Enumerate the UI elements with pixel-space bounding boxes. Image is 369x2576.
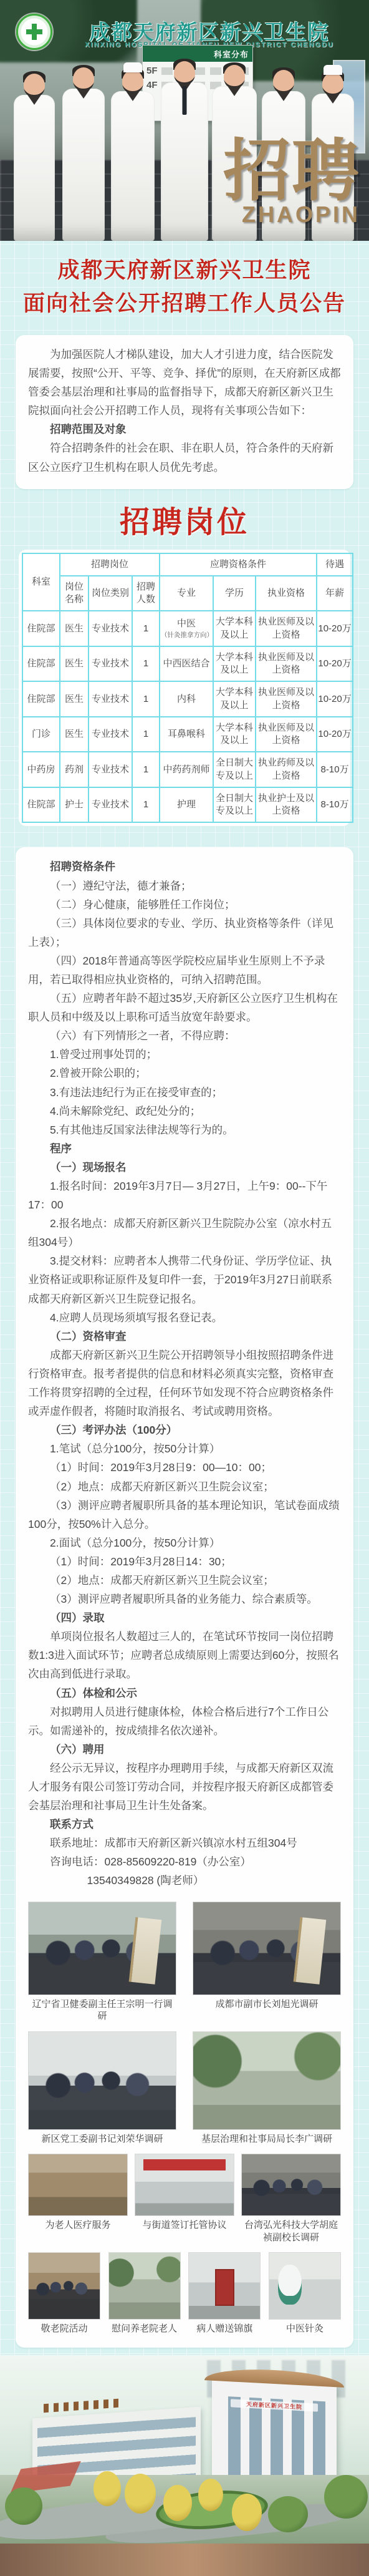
roof-pergola bbox=[44, 2398, 118, 2412]
photo-cell: 基层治理和社事局局长李广调研 bbox=[193, 2031, 341, 2146]
photo-cell: 慰问养老院老人 bbox=[108, 2252, 181, 2335]
table-row: 住院部 医生 专业技术 1 中医（针灸推拿方向） 大学本科及以上 执业医师及以上… bbox=[22, 611, 353, 646]
procedure-text: 成都天府新区新兴卫生院公开招聘领导小组按照招聘条件进行资格审查。报考者提供的信息… bbox=[28, 1346, 341, 1421]
header-category: 岗位类别 bbox=[89, 576, 132, 611]
table-header-row: 科室 招聘岗位 应聘资格条件 待遇 bbox=[22, 553, 353, 576]
photo-cell: 为老人医疗服务 bbox=[28, 2154, 128, 2243]
cell-name: 医生 bbox=[60, 681, 89, 717]
header-major: 专业 bbox=[160, 576, 213, 611]
cell-dept: 中药房 bbox=[22, 752, 60, 787]
qualification-item: 5.有其他违反国家法律法规等行为的。 bbox=[28, 1120, 341, 1139]
cell-cert: 执业药师及以上资格 bbox=[256, 752, 317, 787]
cell-education: 全日制大专及以上 bbox=[213, 752, 256, 787]
cell-major: 中医（针灸推拿方向） bbox=[160, 611, 213, 646]
cell-category: 专业技术 bbox=[89, 717, 132, 752]
procedure-text: 经公示无异议，按程序办理聘用手续，与成都天府新区双流人才服务有限公司签订劳动合同… bbox=[28, 1759, 341, 1815]
table-row: 门诊 医生 专业技术 1 耳鼻喉科 大学本科及以上 执业医师及以上资格 10-2… bbox=[22, 717, 353, 752]
procedure-item: 3.提交材料：应聘者本人携带二代身份证、学历学位证、执业资格证或职称证原件及复印… bbox=[28, 1252, 341, 1308]
procedure-item: 4.应聘人员现场须填写报名登记表。 bbox=[28, 1308, 341, 1327]
procedure-s6-heading: （六）聘用 bbox=[28, 1740, 341, 1759]
body-card: 招聘资格条件 （一）遵纪守法，德才兼备； （二）身心健康，能够胜任工作岗位； （… bbox=[16, 847, 353, 2347]
announcement-title-line2: 面向社会公开招聘工作人员公告 bbox=[0, 288, 369, 321]
tree bbox=[125, 2474, 156, 2514]
procedure-text: 单项岗位报名人数超过三人的，在笔试环节按同一岗位招聘数1:3进入面试环节；应聘者… bbox=[28, 1627, 341, 1683]
qualification-item: （五）应聘者年龄不超过35岁,天府新区公立医疗卫生机构在职人员和中级及以上职称可… bbox=[28, 989, 341, 1026]
photo-cell: 台湾弘光科技大学胡庭祯副校长调研 bbox=[241, 2154, 341, 2243]
photo-caption: 台湾弘光科技大学胡庭祯副校长调研 bbox=[241, 2216, 341, 2243]
cell-count: 1 bbox=[132, 787, 160, 823]
photo-liaoning-visit bbox=[28, 1902, 176, 1995]
cell-count: 1 bbox=[132, 752, 160, 787]
recruit-stamp-cn: 招聘 bbox=[223, 137, 360, 205]
recruit-stamp-en: ZHAOPIN bbox=[223, 205, 360, 225]
medical-cross-icon bbox=[26, 24, 42, 40]
qualification-item: （四）2018年普通高等医学院校应届毕业生原则上不予录用，若已取得相应执业资格的… bbox=[28, 951, 341, 989]
positions-table: 科室 招聘岗位 应聘资格条件 待遇 岗位名称 岗位类别 招聘人数 专业 学历 执… bbox=[22, 553, 353, 824]
cell-salary: 8-10万 bbox=[317, 752, 353, 787]
header-salary: 年薪 bbox=[317, 576, 353, 611]
department-board-title: 科室分布 bbox=[214, 48, 249, 60]
photo-cell: 成都市副市长刘旭光调研 bbox=[193, 1902, 341, 2023]
cell-name: 医生 bbox=[60, 611, 89, 646]
header-dept: 科室 bbox=[22, 553, 60, 611]
cell-major: 耳鼻喉科 bbox=[160, 717, 213, 752]
cell-cert: 执业医师及以上资格 bbox=[256, 646, 317, 682]
procedure-item: 1.笔试（总分100分，按50分计算） bbox=[28, 1439, 341, 1458]
contact-phone-mobile: 13540349828 (陶老师） bbox=[28, 1871, 341, 1890]
photo-taiwan-university-visit bbox=[241, 2154, 341, 2216]
photo-caption: 辽宁省卫健委副主任王宗明一行调研 bbox=[28, 1995, 176, 2023]
photo-cell: 新区党工委副书记刘荣华调研 bbox=[28, 2031, 176, 2146]
cell-salary: 10-20万 bbox=[317, 646, 353, 682]
tree bbox=[324, 2475, 368, 2519]
photo-caption: 为老人医疗服务 bbox=[28, 2216, 128, 2232]
procedure-item: 2.面试（总分100分，按50分计算） bbox=[28, 1533, 341, 1552]
cell-salary: 8-10万 bbox=[317, 787, 353, 823]
procedure-s5-heading: （五）体检和公示 bbox=[28, 1684, 341, 1703]
header-name: 岗位名称 bbox=[60, 576, 89, 611]
cell-name: 护士 bbox=[60, 787, 89, 823]
cell-cert: 执业医师及以上资格 bbox=[256, 681, 317, 717]
photo-cell: 病人赠送锦旗 bbox=[188, 2252, 261, 2335]
cell-education: 大学本科及以上 bbox=[213, 717, 256, 752]
cell-category: 专业技术 bbox=[89, 646, 132, 682]
tree bbox=[163, 2485, 192, 2521]
photo-cell: 敬老院活动 bbox=[28, 2252, 100, 2335]
procedure-item: （3）测评应聘者履职所具备的业务能力、综合素质等。 bbox=[28, 1590, 341, 1608]
cell-cert: 执业护士及以上资格 bbox=[256, 787, 317, 823]
scope-text: 符合招聘条件的社会在职、非在职人员，符合条件的天府新区公立医疗卫生机构在职人员优… bbox=[28, 439, 341, 476]
table-row: 住院部 护士 专业技术 1 护理 全日制大专及以上 执业护士及以上资格 8-10… bbox=[22, 787, 353, 823]
intro-card: 为加强医院人才梯队建设，加大人才引进力度，结合医院发展需要，按照“公开、平等、竞… bbox=[16, 335, 353, 489]
qualification-item: （二）身心健康，能够胜任工作岗位； bbox=[28, 895, 341, 914]
staff-figure-nurse bbox=[111, 70, 155, 241]
contact-phone-office: 咨询电话：028-85609220-819（办公室） bbox=[28, 1852, 341, 1871]
photo-cell: 与街道签订托管协议 bbox=[135, 2154, 234, 2243]
procedure-item: （3）测评应聘者履职所具备的基本理论知识，笔试卷面成绩100分，按50%计入总分… bbox=[28, 1496, 341, 1533]
cell-major: 中西医结合 bbox=[160, 646, 213, 682]
cell-count: 1 bbox=[132, 681, 160, 717]
cell-salary: 10-20万 bbox=[317, 717, 353, 752]
photo-cell: 辽宁省卫健委副主任王宗明一行调研 bbox=[28, 1902, 176, 2023]
photo-caption: 病人赠送锦旗 bbox=[188, 2320, 261, 2335]
procedure-s1-heading: （一）现场报名 bbox=[28, 1158, 341, 1177]
cell-name: 药剂 bbox=[60, 752, 89, 787]
staff-figure bbox=[62, 67, 105, 241]
footer-band bbox=[0, 2544, 369, 2576]
cell-major: 护理 bbox=[160, 787, 213, 823]
photo-caption: 新区党工委副书记刘荣华调研 bbox=[28, 2130, 176, 2146]
cell-dept: 住院部 bbox=[22, 787, 60, 823]
cell-major: 内科 bbox=[160, 681, 213, 717]
table-row: 住院部 医生 专业技术 1 内科 大学本科及以上 执业医师及以上资格 10-20… bbox=[22, 681, 353, 717]
cell-count: 1 bbox=[132, 646, 160, 682]
cell-education: 大学本科及以上 bbox=[213, 646, 256, 682]
recruit-stamp: 招聘 ZHAOPIN bbox=[223, 137, 360, 225]
staff-figure bbox=[161, 61, 208, 241]
positions-section-title: 招聘岗位 bbox=[0, 489, 369, 547]
announcement-title: 成都天府新区新兴卫生院 面向社会公开招聘工作人员公告 bbox=[0, 241, 369, 331]
header-education: 学历 bbox=[213, 576, 256, 611]
recruitment-poster: 成都天府新区新兴卫生院 XINXING HOSPITAL OF TIANFU N… bbox=[0, 0, 369, 2576]
photo-party-secretary-visit bbox=[28, 2031, 176, 2130]
procedure-text: 对拟聘用人员进行健康体检，体检合格后进行7个工作日公示。如需递补的，按成绩排名依… bbox=[28, 1703, 341, 1740]
intro-paragraph: 为加强医院人才梯队建设，加大人才引进力度，结合医院发展需要，按照“公开、平等、竞… bbox=[28, 345, 341, 420]
header-cert: 执业资格 bbox=[256, 576, 317, 611]
photo-caption: 基层治理和社事局局长李广调研 bbox=[193, 2130, 341, 2146]
qualification-item: 4.尚未解除党纪、政纪处分的； bbox=[28, 1102, 341, 1120]
cell-education: 全日制大专及以上 bbox=[213, 787, 256, 823]
photo-comfort-elderly bbox=[108, 2252, 181, 2320]
procedure-item: （1）时间：2019年3月28日14：30； bbox=[28, 1552, 341, 1571]
procedure-item: （1）时间：2019年3月28日9：00—10：00； bbox=[28, 1458, 341, 1477]
photo-bureau-director-visit bbox=[193, 2031, 341, 2130]
department-board-header: 科室分布 bbox=[143, 46, 252, 62]
cell-education: 大学本科及以上 bbox=[213, 611, 256, 646]
photo-acupuncture bbox=[269, 2252, 341, 2320]
cell-dept: 门诊 bbox=[22, 717, 60, 752]
cell-count: 1 bbox=[132, 611, 160, 646]
photo-vice-mayor-visit bbox=[193, 1902, 341, 1995]
cell-category: 专业技术 bbox=[89, 787, 132, 823]
photo-agreement-signing bbox=[135, 2154, 234, 2216]
cell-name: 医生 bbox=[60, 717, 89, 752]
qualification-item: 1.曾受过刑事处罚的； bbox=[28, 1045, 341, 1064]
scope-heading: 招聘范围及对象 bbox=[28, 420, 341, 439]
positions-table-card: 科室 招聘岗位 应聘资格条件 待遇 岗位名称 岗位类别 招聘人数 专业 学历 执… bbox=[19, 550, 350, 827]
cell-dept: 住院部 bbox=[22, 681, 60, 717]
procedure-heading: 程序 bbox=[28, 1139, 341, 1158]
cell-dept: 住院部 bbox=[22, 611, 60, 646]
procedure-item: （2）地点：成都天府新区新兴卫生院会议室； bbox=[28, 1477, 341, 1496]
cell-category: 专业技术 bbox=[89, 681, 132, 717]
procedure-s2-heading: （二）资格审查 bbox=[28, 1327, 341, 1346]
cell-dept: 住院部 bbox=[22, 646, 60, 682]
photo-caption: 慰问养老院老人 bbox=[108, 2320, 181, 2335]
hospital-building-render: 天府新区新兴卫生院 bbox=[0, 2355, 369, 2544]
cell-cert: 执业医师及以上资格 bbox=[256, 717, 317, 752]
announcement-title-line1: 成都天府新区新兴卫生院 bbox=[0, 255, 369, 288]
contact-address: 联系地址：成都市天府新区新兴镇凉水村五组304号 bbox=[28, 1834, 341, 1852]
qualification-item: 2.曾被开除公职的； bbox=[28, 1064, 341, 1082]
hospital-logo-icon bbox=[16, 14, 52, 50]
table-row: 中药房 药剂 专业技术 1 中药药剂师 全日制大专及以上 执业药师及以上资格 8… bbox=[22, 752, 353, 787]
cell-major: 中药药剂师 bbox=[160, 752, 213, 787]
header-group-qualification: 应聘资格条件 bbox=[160, 553, 317, 576]
hero-photo: 成都天府新区新兴卫生院 XINXING HOSPITAL OF TIANFU N… bbox=[0, 0, 369, 241]
cell-cert: 执业医师及以上资格 bbox=[256, 611, 317, 646]
cell-name: 医生 bbox=[60, 646, 89, 682]
major-note: （针灸推拿方向） bbox=[161, 631, 212, 639]
photo-nursing-home-activity bbox=[28, 2252, 100, 2320]
tree bbox=[232, 2494, 262, 2531]
qualification-item: （三）具体岗位要求的专业、学历、执业资格等条件（详见上表）； bbox=[28, 914, 341, 951]
tree bbox=[93, 2471, 121, 2506]
photo-caption: 敬老院活动 bbox=[28, 2320, 100, 2335]
procedure-item: （2）地点：成都天府新区新兴卫生院会议室； bbox=[28, 1571, 341, 1590]
qualification-item: （六）有下列情形之一者，不得应聘： bbox=[28, 1026, 341, 1045]
table-row: 住院部 医生 专业技术 1 中西医结合 大学本科及以上 执业医师及以上资格 10… bbox=[22, 646, 353, 682]
header-group-position: 招聘岗位 bbox=[60, 553, 160, 576]
tree bbox=[5, 2487, 42, 2525]
cell-category: 专业技术 bbox=[89, 611, 132, 646]
photo-grid: 辽宁省卫健委副主任王宗明一行调研 成都市副市长刘旭光调研 新区党工委副书记刘荣华… bbox=[28, 1902, 341, 2335]
contact-heading: 联系方式 bbox=[28, 1815, 341, 1834]
cell-education: 大学本科及以上 bbox=[213, 681, 256, 717]
header-count: 招聘人数 bbox=[132, 576, 160, 611]
qualifications-heading: 招聘资格条件 bbox=[28, 857, 341, 876]
procedure-s3-heading: （三）考评办法（100分） bbox=[28, 1421, 341, 1439]
procedure-s4-heading: （四）录取 bbox=[28, 1608, 341, 1627]
photo-cell: 中医针灸 bbox=[269, 2252, 341, 2335]
procedure-item: 2.报名地点：成都天府新区新兴卫生院院办公室（凉水村五组304号） bbox=[28, 1214, 341, 1252]
photo-caption: 与街道签订托管协议 bbox=[135, 2216, 234, 2232]
photo-caption: 成都市副市长刘旭光调研 bbox=[193, 1995, 341, 2011]
staff-figure bbox=[14, 74, 55, 241]
cell-category: 专业技术 bbox=[89, 752, 132, 787]
photo-patient-pennant bbox=[188, 2252, 261, 2320]
photo-elderly-medical-service bbox=[28, 2154, 128, 2216]
procedure-item: 1.报名时间：2019年3月7日— 3月27日，上午9：00--下午17：00 bbox=[28, 1177, 341, 1214]
photo-caption: 中医针灸 bbox=[269, 2320, 341, 2335]
tree bbox=[198, 2479, 223, 2511]
cell-salary: 10-20万 bbox=[317, 681, 353, 717]
cell-count: 1 bbox=[132, 717, 160, 752]
tree bbox=[268, 2496, 308, 2532]
qualification-item: 3.有违法违纪行为正在接受审查的； bbox=[28, 1083, 341, 1102]
header-group-treatment: 待遇 bbox=[317, 553, 353, 576]
cell-salary: 10-20万 bbox=[317, 611, 353, 646]
qualification-item: （一）遵纪守法，德才兼备； bbox=[28, 877, 341, 895]
table-header-row: 岗位名称 岗位类别 招聘人数 专业 学历 执业资格 年薪 bbox=[22, 576, 353, 611]
